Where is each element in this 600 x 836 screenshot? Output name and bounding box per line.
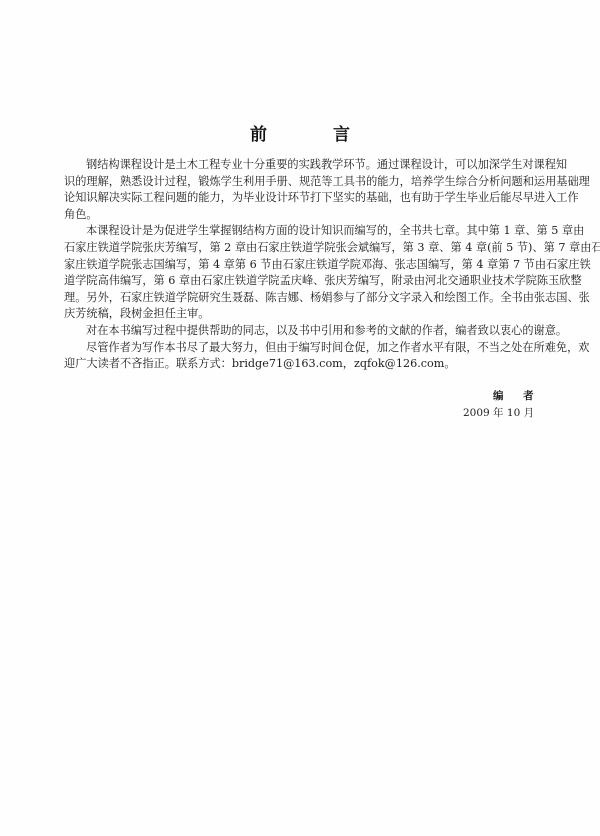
signature-block: 编 者 2009 年 10 月 [460, 388, 560, 422]
paragraph-2-line-2: 石家庄铁道学院张庆芳编写，第 2 章由石家庄铁道学院张会斌编写，第 3 章、第 … [64, 240, 556, 257]
paragraph-4-line-2: 迎广大读者不吝指正。联系方式：bridge71@163.com，zqfok@12… [64, 356, 556, 373]
page-title: 前 言 [0, 120, 600, 145]
paragraph-1-line-3: 论知识解决实际工程问题的能力，为毕业设计环节打下坚实的基础，也有助于学生毕业后能… [64, 190, 556, 207]
document-page: 前 言 钢结构课程设计是土木工程专业十分重要的实践教学环节。通过课程设计，可以加… [0, 0, 600, 836]
paragraph-4-line-1: 尽管作者为写作本书尽了最大努力，但由于编写时间仓促，加之作者水平有限，不当之处在… [64, 340, 556, 357]
paragraph-1-line-4: 角色。 [64, 207, 556, 224]
paragraph-1-line-2: 识的理解，熟悉设计过程，锻炼学生利用手册、规范等工具书的能力，培养学生综合分析问… [64, 174, 556, 191]
paragraph-2-line-5: 理。另外，石家庄铁道学院研究生聂磊、陈吉娜、杨娟参与了部分文字录入和绘图工作。全… [64, 290, 556, 307]
paragraph-2-line-1: 本课程设计是为促进学生掌握钢结构方面的设计知识而编写的，全书共七章。其中第 1 … [64, 223, 556, 240]
paragraph-3-line-1: 对在本书编写过程中提供帮助的同志，以及书中引用和参考的文献的作者，编者致以衷心的… [64, 323, 556, 340]
preface-body: 钢结构课程设计是土木工程专业十分重要的实践教学环节。通过课程设计，可以加深学生对… [64, 157, 556, 373]
signature-date: 2009 年 10 月 [460, 405, 560, 422]
paragraph-2-line-4: 道学院高伟编写，第 6 章由石家庄铁道学院孟庆峰、张庆芳编写，附录由河北交通职业… [64, 273, 556, 290]
signature-author: 编 者 [460, 388, 560, 405]
paragraph-2-line-6: 庆芳统稿，段树金担任主审。 [64, 306, 556, 323]
paragraph-1-line-1: 钢结构课程设计是土木工程专业十分重要的实践教学环节。通过课程设计，可以加深学生对… [64, 157, 556, 174]
paragraph-2-line-3: 家庄铁道学院张志国编写，第 4 章第 6 节由石家庄铁道学院邓海、张志国编写，第… [64, 257, 556, 274]
